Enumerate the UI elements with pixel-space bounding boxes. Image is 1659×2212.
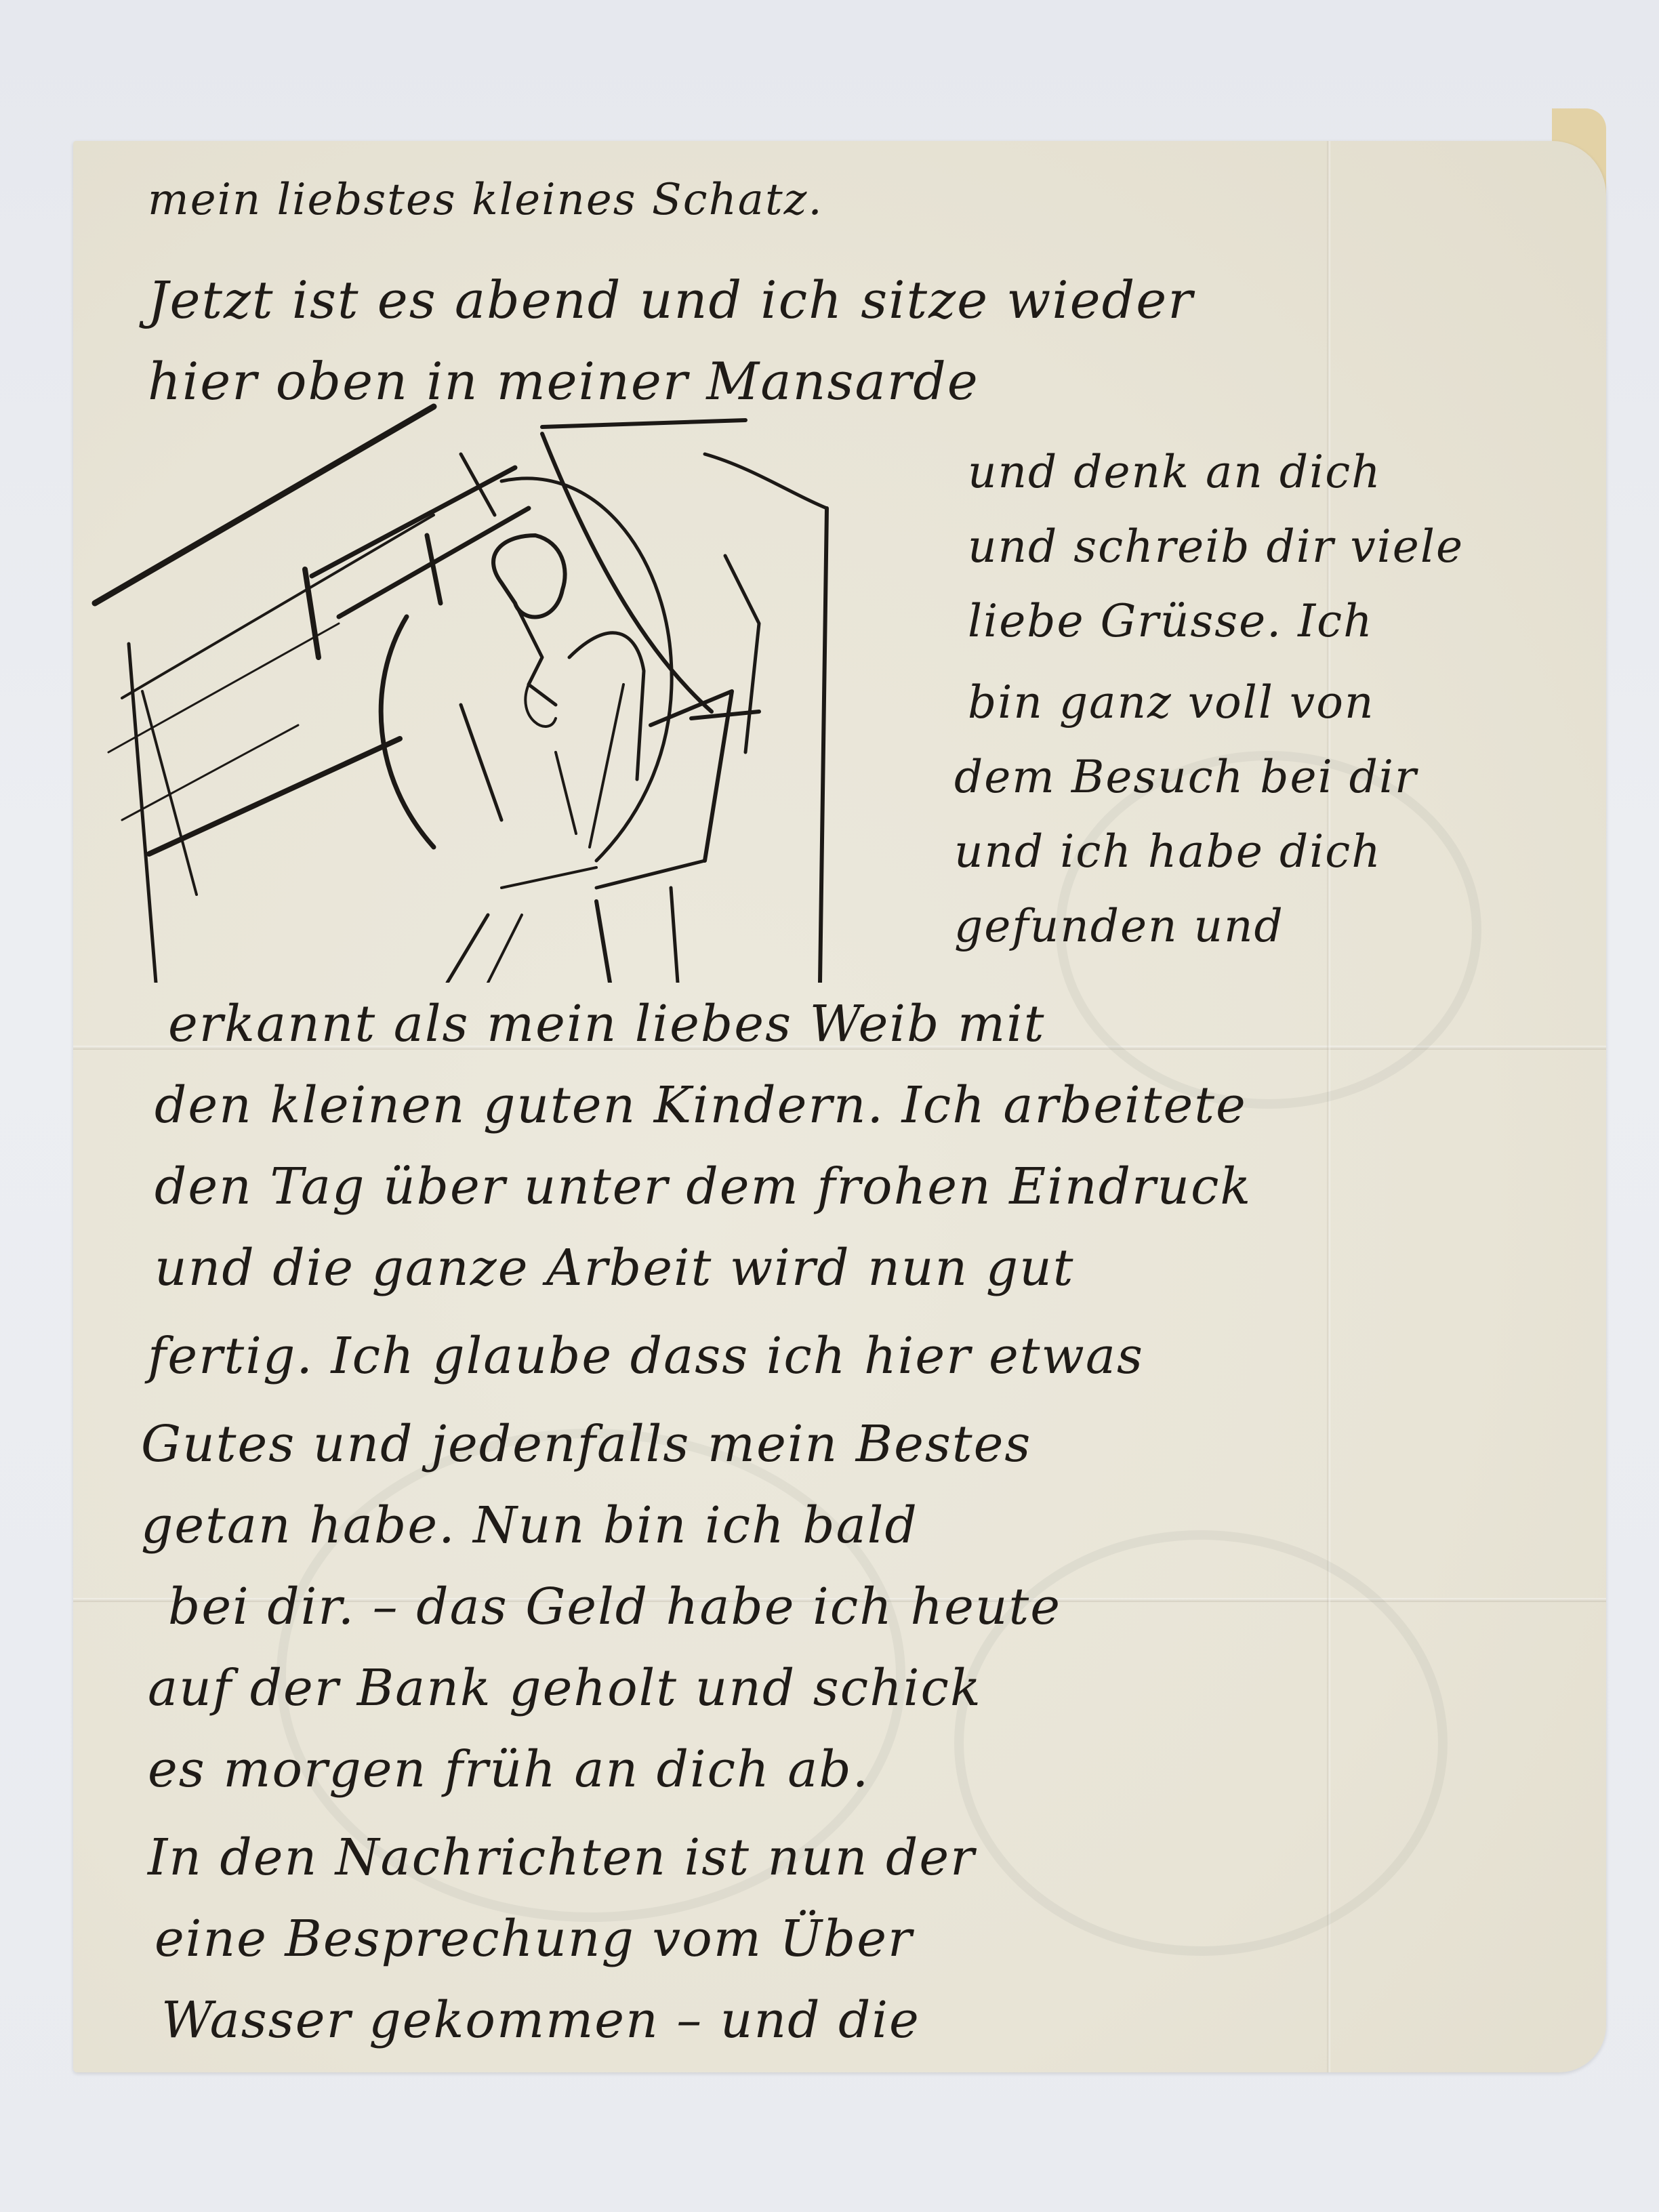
letter-line: liebe Grüsse. Ich [968,595,1374,647]
letter-line: dem Besuch bei dir [954,751,1418,803]
letter-line: den Tag über unter dem frohen Eindruck [155,1158,1252,1216]
letter-line: eine Besprechung vom Über [155,1910,913,1968]
letter-line: gefunden und [954,900,1284,952]
letter-line: erkannt als mein liebes Weib mit [168,995,1046,1053]
letter-line: den kleinen guten Kindern. Ich arbeitete [155,1076,1247,1134]
letter-line: fertig. Ich glaube dass ich hier etwas [148,1327,1144,1385]
letter-line: und denk an dich [968,446,1382,498]
letter-line: In den Nachrichten ist nun der [148,1828,976,1887]
letter-line: bin ganz voll von [968,676,1374,729]
letter-line: Wasser gekommen – und die [161,1991,920,2049]
letter-line: auf der Bank geholt und schick [148,1659,982,1717]
letter-line: und ich habe dich [954,825,1382,878]
letter-line: und schreib dir viele [968,520,1464,573]
letter-line: bei dir. – das Geld habe ich heute [168,1578,1061,1636]
letter-line: Jetzt ist es abend und ich sitze wieder [148,270,1194,330]
letter-line: es morgen früh an dich ab. [148,1740,869,1799]
letter-line: Gutes und jedenfalls mein Bestes [141,1415,1031,1473]
salutation: mein liebstes kleines Schatz. [148,175,823,225]
ink-sketch-figure-at-desk [81,400,935,983]
letter-line: getan habe. Nun bin ich bald [141,1496,918,1555]
letter-line: und die ganze Arbeit wird nun gut [155,1239,1074,1297]
